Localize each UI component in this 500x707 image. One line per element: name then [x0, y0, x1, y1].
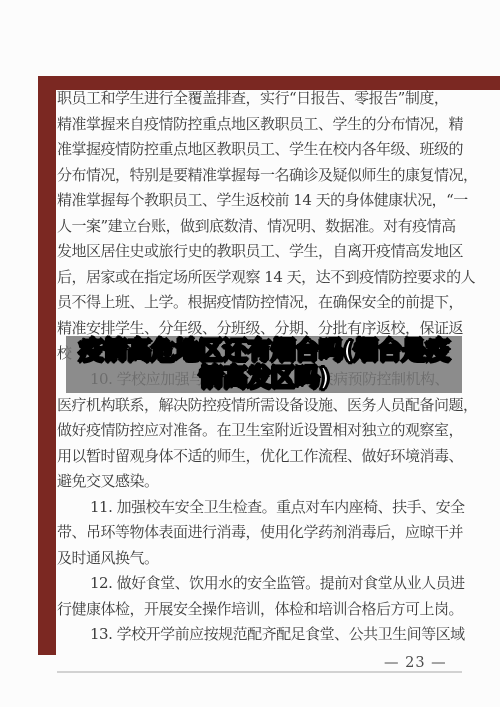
watermark-title: 疫情高危地区还有烟台吗(烟台是疫 情高发区吗) [26, 333, 500, 395]
text-line: 12. 做好食堂、饮用水的安全监管。提前对食堂从业人员进 [57, 571, 449, 597]
text-line: 及时通风换气。 [57, 546, 449, 572]
text-line: 员不得上班、上学。根据疫情防控情况，在确保安全的前提下， [57, 290, 449, 316]
footer-rule [57, 671, 462, 673]
text-line: 精准掌握来自疫情防控重点地区教职员工、学生的分布情况，精 [57, 112, 449, 138]
text-line: 行健康体检，开展安全操作培训，体检和培训合格后方可上岗。 [57, 597, 449, 623]
text-line: 准掌握疫情防控重点地区教职员工、学生在校内各年级、班级的 [57, 137, 449, 163]
text-line: 13. 学校开学前应按规范配齐配足食堂、公共卫生间等区域 [57, 622, 449, 648]
watermark-title-line2: 情高发区吗) [199, 364, 329, 391]
text-line: 做好疫情防控应对准备。在卫生室附近设置相对独立的观察室， [57, 418, 449, 444]
text-line: 用以暂时留观身体不适的师生，优化工作流程、做好环境消毒、 [57, 444, 449, 470]
scanned-document-page: 职员工和学生进行全覆盖排查，实行“日报告、零报告”制度，精准掌握来自疫情防控重点… [0, 0, 500, 707]
text-line: 分布情况，特别是要精准掌握每一名确诊及疑似师生的康复情况， [57, 163, 449, 189]
text-line: 人一案”建立台账，做到底数清、情况明、数据准。对有疫情高 [57, 214, 449, 240]
text-line: 11. 加强校车安全卫生检查。重点对车内座椅、扶手、安全 [57, 495, 449, 521]
page-number: — 23 — [384, 655, 444, 671]
text-line: 职员工和学生进行全覆盖排查，实行“日报告、零报告”制度， [57, 86, 449, 112]
text-line: 精准掌握每个教职员工、学生返校前 14 天的身体健康状况，“一 [57, 188, 449, 214]
text-line: 发地区居住史或旅行史的教职员工、学生，自离开疫情高发地区 [57, 239, 449, 265]
text-line: 后，居家或在指定场所医学观察 14 天，达不到疫情防控要求的人 [57, 265, 449, 291]
text-line: 带、吊环等物体表面进行消毒，使用化学药剂消毒后，应晾干并 [57, 520, 449, 546]
text-line: 医疗机构联系，解决防控疫情所需设备设施、医务人员配备问题， [57, 393, 449, 419]
watermark-title-line1: 疫情高危地区还有烟台吗(烟台是疫 [79, 337, 449, 364]
text-line: 避免交叉感染。 [57, 469, 449, 495]
